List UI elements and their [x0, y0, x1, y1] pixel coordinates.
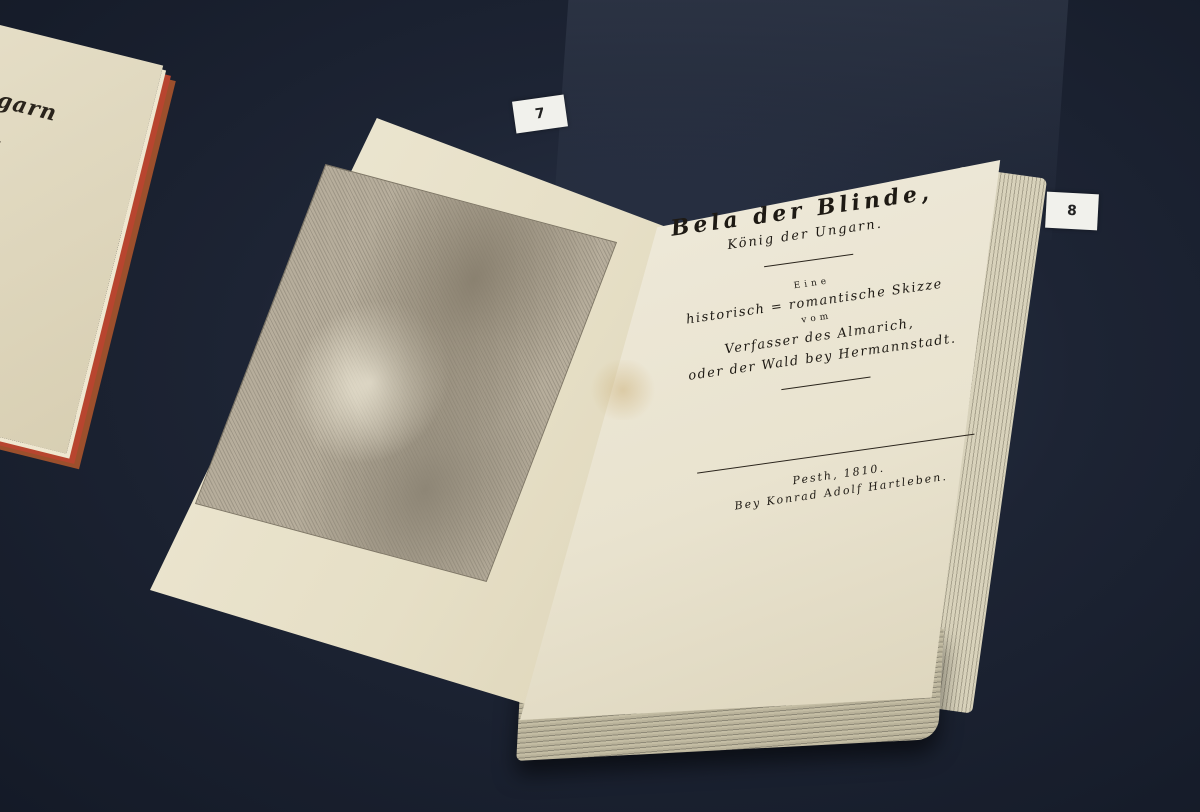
- divider-rule-2: [781, 377, 870, 391]
- open-book: Bela der Blinde, König der Ungarn. Eine …: [0, 0, 1200, 812]
- divider-rule: [764, 254, 853, 268]
- paper-stain: [588, 360, 658, 420]
- title-page: Bela der Blinde, König der Ungarn. Eine …: [640, 165, 1000, 519]
